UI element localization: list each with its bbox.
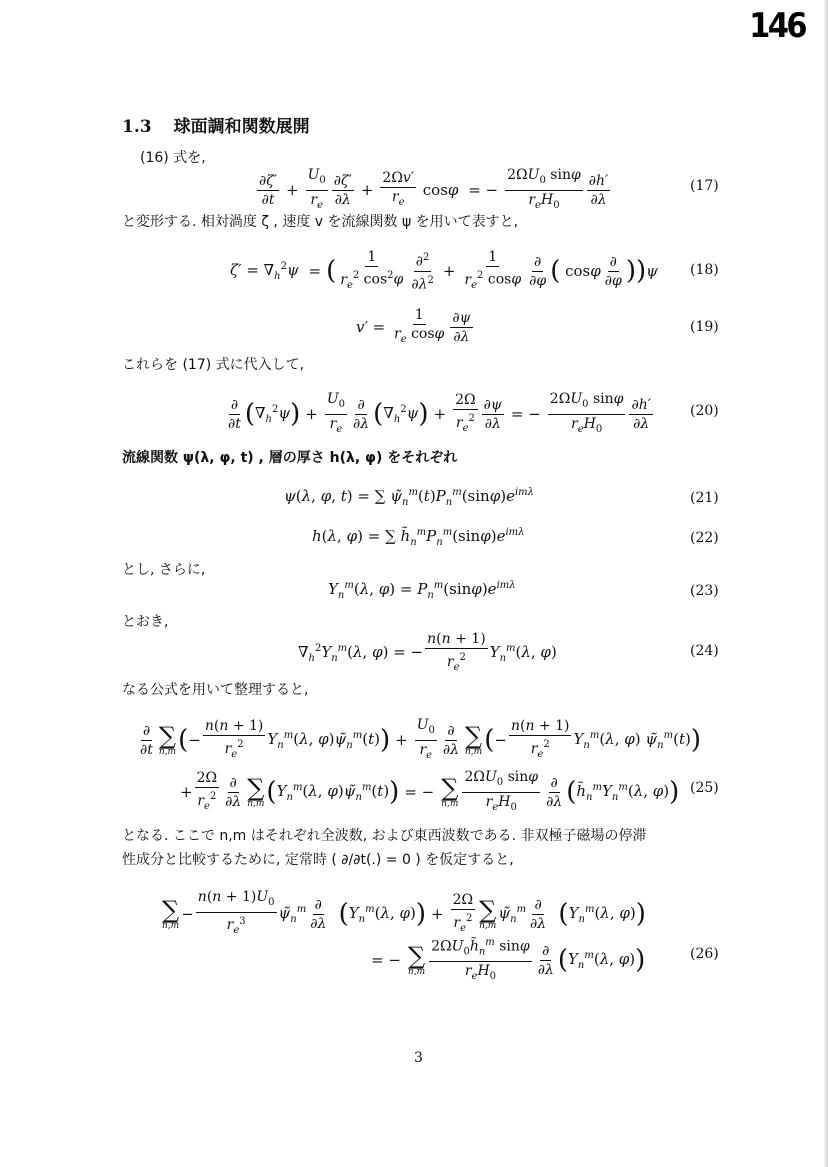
equation-number: (19): [690, 319, 719, 335]
equation-number: (18): [690, 262, 719, 278]
equation-number: (26): [690, 946, 719, 962]
equation-23: Ynm(λ, φ) = Pnm(sinφ)eimλ: [328, 580, 516, 601]
equation-number: (24): [690, 643, 719, 659]
equation-22: h(λ, φ) = ∑ h̃nmPnm(sinφ)eimλ: [312, 527, 525, 548]
equation-25-line-1: ∂∂t ∑n,m (− n(n + 1)re2 Ynm(λ, φ)ψ̃nm(t)…: [136, 716, 701, 765]
equation-18: ζ′ = ∇h2ψ = ( 1re2 cos2φ ∂2∂λ2 + 1re2 co…: [230, 248, 658, 294]
paragraph: となる. ここで n,m はそれぞれ全波数, および東西波数である. 非双極子磁…: [122, 826, 647, 846]
section-number: 1.3: [122, 117, 152, 137]
equation-number: (22): [690, 530, 719, 546]
equation-24: ∇h2Ynm(λ, φ) = − n(n + 1)re2 Ynm(λ, φ): [298, 630, 557, 676]
handwritten-page-number: 146: [749, 6, 805, 46]
equation-17: ∂ζ′∂t + U0re ∂ζ′∂λ + 2Ωv′re cosφ = − 2ΩU…: [255, 166, 612, 215]
paragraph: 流線関数 ψ(λ, φ, t) , 層の厚さ h(λ, φ) をそれぞれ: [122, 448, 457, 468]
scan-page-edge: [824, 0, 828, 1167]
paragraph: (16) 式を,: [140, 148, 206, 168]
section-title: 球面調和関数展開: [174, 117, 310, 137]
paragraph: これらを (17) 式に代入して,: [122, 355, 304, 375]
equation-26-line-1: ∑n,m − n(n + 1)U0re3 ψ̃nm ∂∂λ (Ynm(λ, φ)…: [160, 888, 646, 940]
section-heading: 1.3球面調和関数展開: [122, 112, 310, 137]
equation-25-line-2: + 2Ωre2 ∂∂λ ∑n,m (Ynm(λ, φ)ψ̃nm(t)) = − …: [180, 768, 679, 817]
equation-20: ∂∂t (∇h2ψ) + U0re ∂∂λ (∇h2ψ) + 2Ωre2 ∂ψ∂…: [224, 390, 655, 439]
paragraph: なる公式を用いて整理すると,: [122, 680, 308, 700]
equation-number: (20): [690, 403, 719, 419]
equation-number: (17): [690, 178, 719, 194]
page-number: 3: [414, 1050, 423, 1066]
paragraph: 性成分と比較するために, 定常時 ( ∂/∂t(.) = 0 ) を仮定すると,: [122, 850, 514, 870]
equation-number: (23): [690, 583, 719, 599]
equation-19: v′ = 1re cosφ ∂ψ∂λ: [356, 306, 475, 349]
paragraph: とし, さらに,: [122, 560, 205, 580]
equation-26-line-2: = − ∑n,m 2ΩU0h̃nm sinφreH0 ∂∂λ (Ynm(λ, φ…: [366, 934, 645, 986]
equation-21: ψ(λ, φ, t) = ∑ ψ̃nm(t)Pnm(sinφ)eimλ: [284, 487, 534, 508]
paragraph: とおき,: [122, 612, 168, 632]
equation-number: (25): [690, 780, 719, 796]
paragraph: と変形する. 相対渦度 ζ , 速度 v を流線関数 ψ を用いて表すと,: [122, 212, 518, 232]
equation-number: (21): [690, 490, 719, 506]
